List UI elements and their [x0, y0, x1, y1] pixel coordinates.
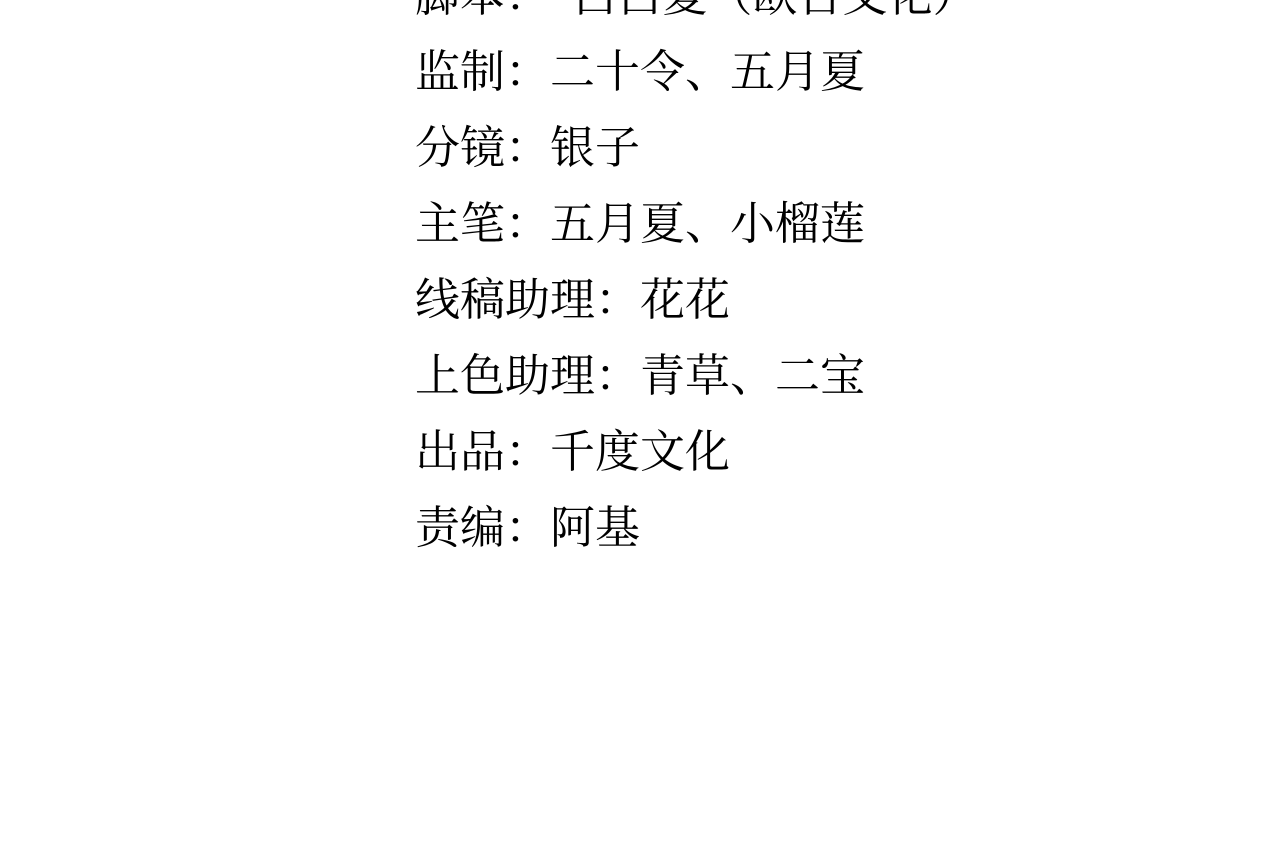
- credit-row-script: 脚本： 吕吕夏（欧吉文化）: [415, 0, 978, 34]
- credit-role: 分镜: [415, 121, 505, 174]
- credit-role: 线稿助理: [415, 273, 595, 326]
- credit-role: 脚本: [415, 0, 505, 22]
- credit-separator: ：: [505, 425, 550, 478]
- credit-role: 出品: [415, 425, 505, 478]
- credit-row-storyboard: 分镜：银子: [415, 110, 978, 186]
- credit-row-lead-artist: 主笔：五月夏、小榴莲: [415, 186, 978, 262]
- credit-row-editor: 责编：阿基: [415, 490, 978, 566]
- credit-separator: ：: [505, 0, 528, 22]
- credit-separator: ：: [505, 45, 550, 98]
- credit-row-supervisor: 监制：二十令、五月夏: [415, 34, 978, 110]
- credit-names: 青草、二宝: [640, 349, 865, 402]
- credit-separator: ：: [505, 501, 550, 554]
- credit-role: 监制: [415, 45, 505, 98]
- credit-names: 二十令、五月夏: [550, 45, 865, 98]
- credit-role: 上色助理: [415, 349, 595, 402]
- credit-names: 花花: [640, 273, 730, 326]
- credits-list: 脚本： 吕吕夏（欧吉文化） 监制：二十令、五月夏 分镜：银子 主笔：五月夏、小榴…: [415, 0, 978, 566]
- credit-names: 阿基: [550, 501, 640, 554]
- credit-row-color-assistant: 上色助理：青草、二宝: [415, 338, 978, 414]
- credit-names: 五月夏、小榴莲: [550, 197, 865, 250]
- credit-separator: ：: [505, 197, 550, 250]
- credit-names: 银子: [550, 121, 640, 174]
- credit-row-producer: 出品：千度文化: [415, 414, 978, 490]
- credit-names: 吕吕夏（欧吉文化）: [528, 0, 978, 22]
- credit-separator: ：: [595, 349, 640, 402]
- credit-row-lineart-assistant: 线稿助理：花花: [415, 262, 978, 338]
- credit-role: 主笔: [415, 197, 505, 250]
- credit-role: 责编: [415, 501, 505, 554]
- credit-separator: ：: [505, 121, 550, 174]
- credit-names: 千度文化: [550, 425, 730, 478]
- credit-separator: ：: [595, 273, 640, 326]
